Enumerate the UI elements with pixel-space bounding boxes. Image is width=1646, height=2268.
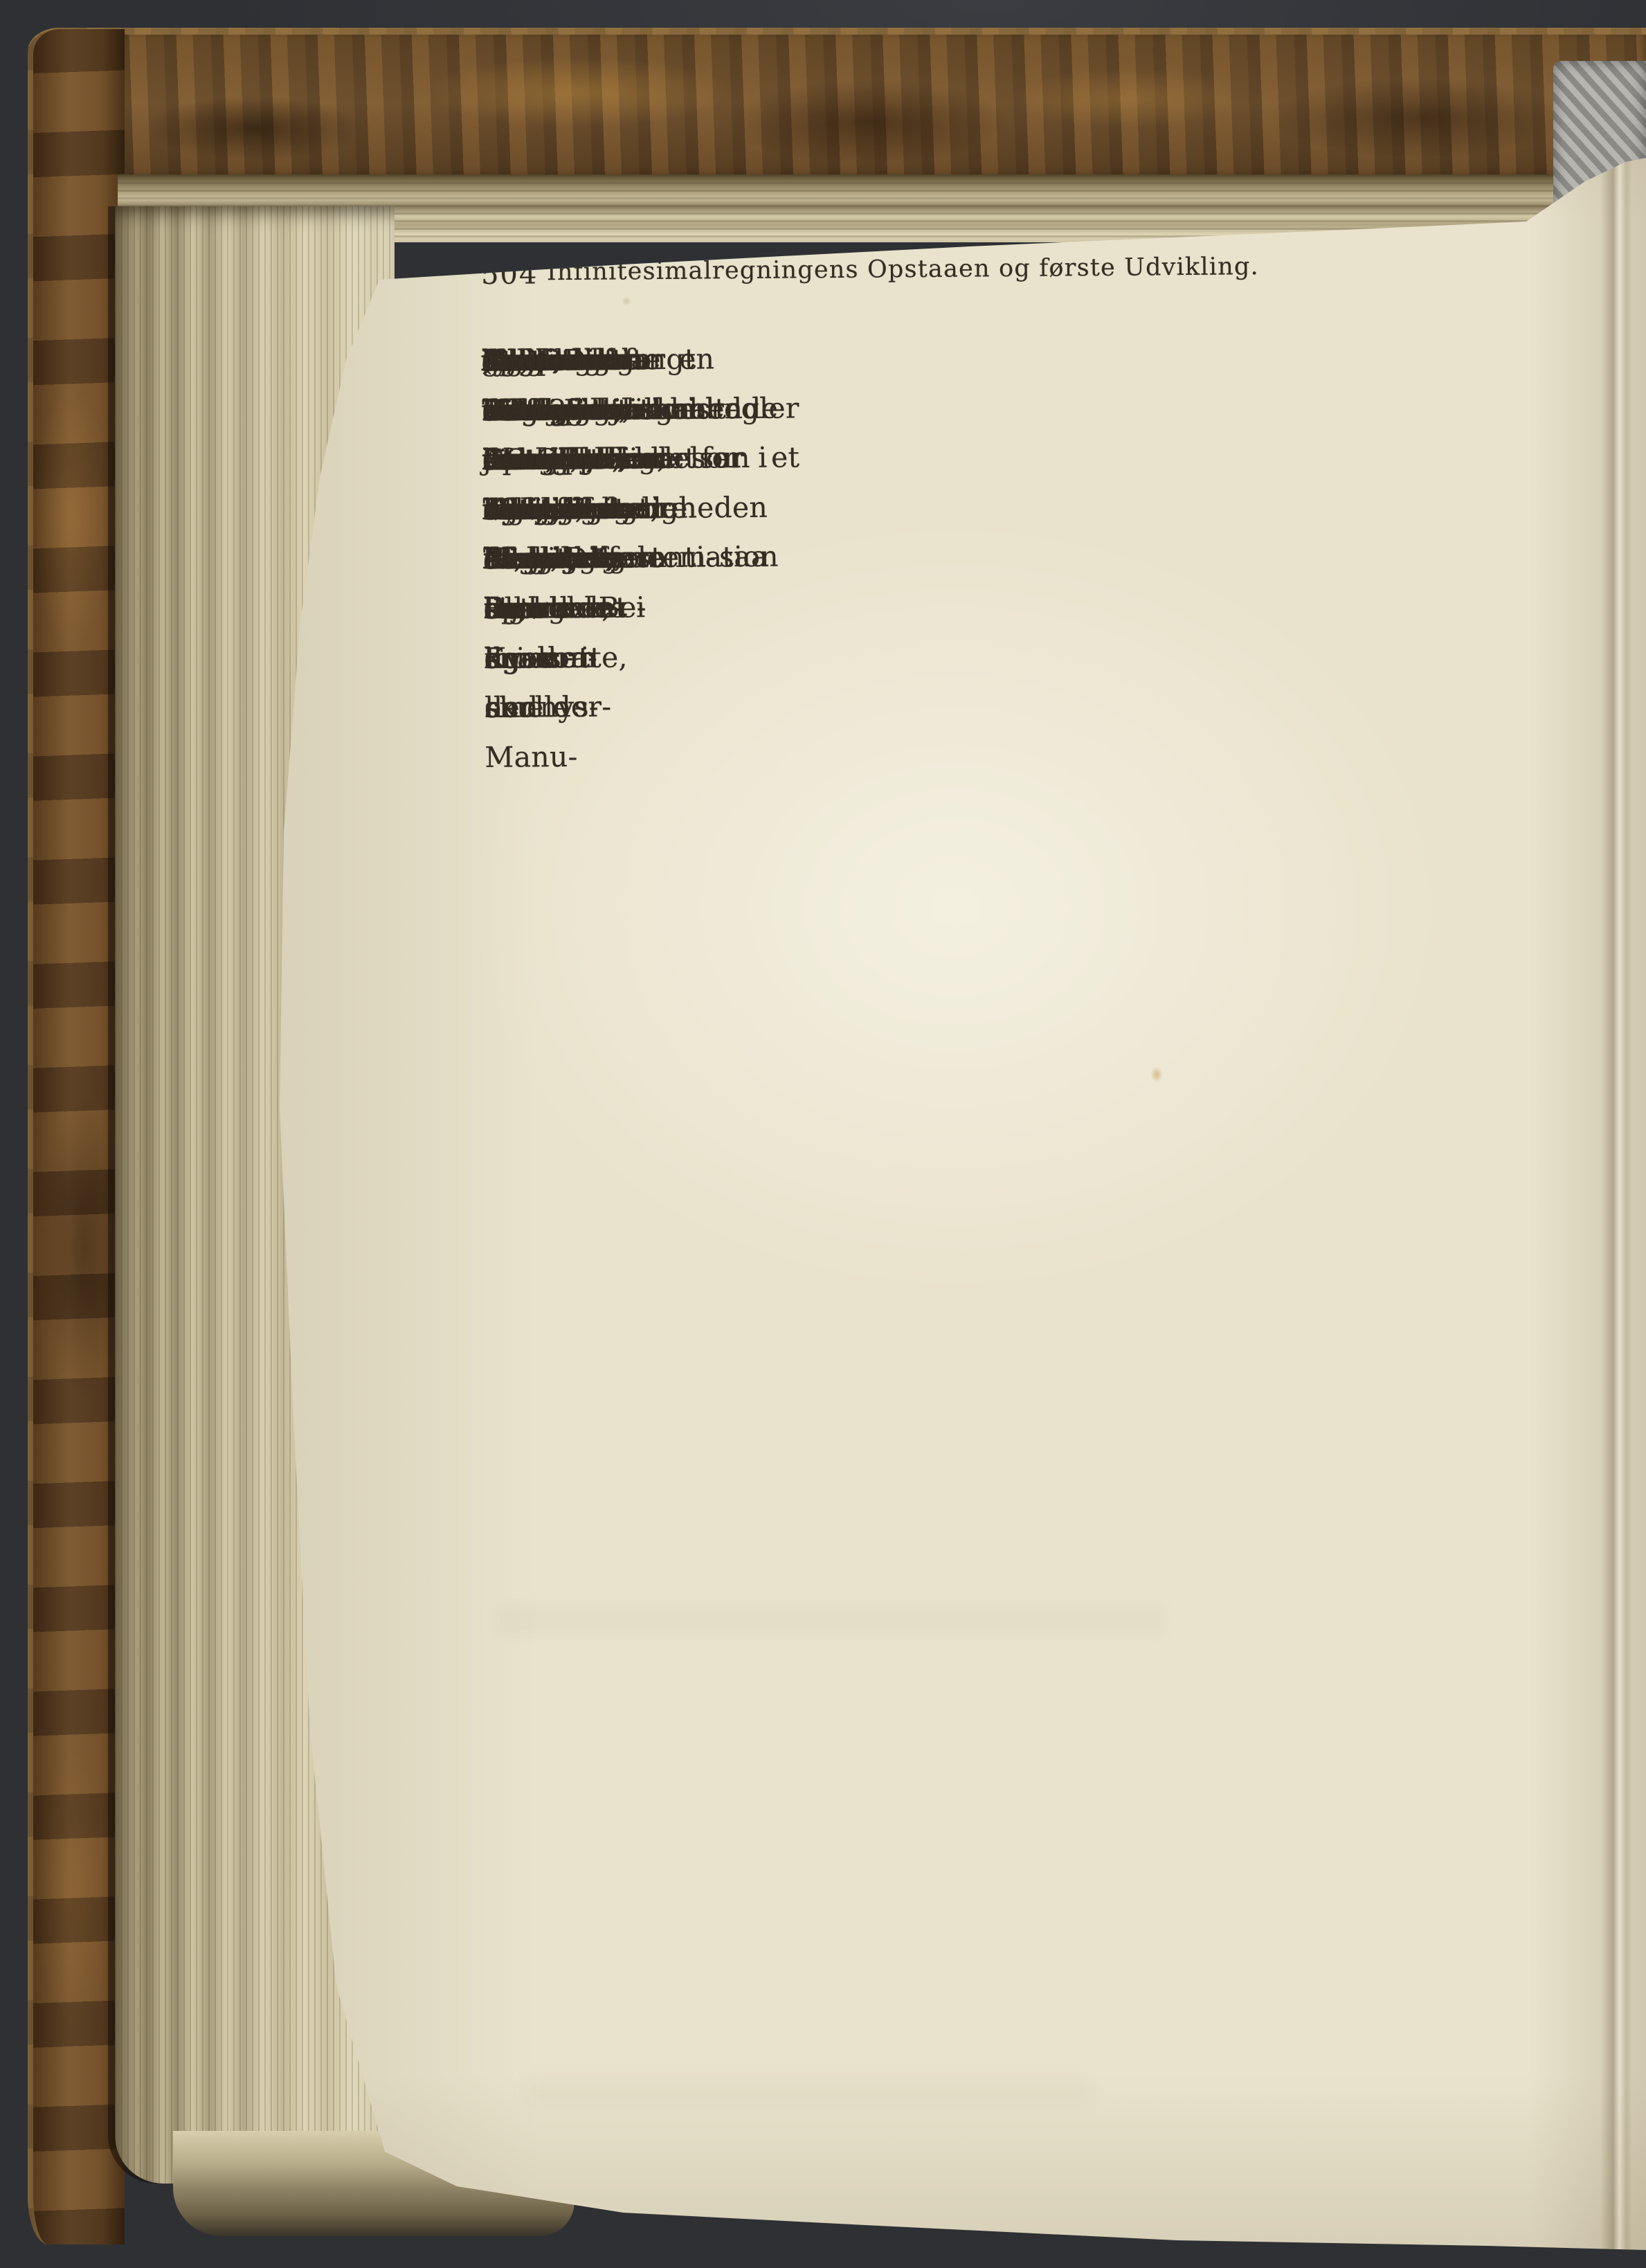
running-title: Infinitesimalregningens Opstaaen og førs… [547, 253, 1259, 286]
running-header: 504 Infinitesimalregningens Opstaaen og … [481, 251, 1464, 259]
page-number: 504 [481, 258, 539, 291]
book-spine-left [28, 29, 125, 2244]
book-cover-top [28, 28, 1646, 186]
book-scan-photo: 504 Infinitesimalregningens Opstaaen og … [0, 0, 1646, 2268]
body-text: eller e) at bortkaste de Led, som ere af… [482, 329, 1465, 336]
